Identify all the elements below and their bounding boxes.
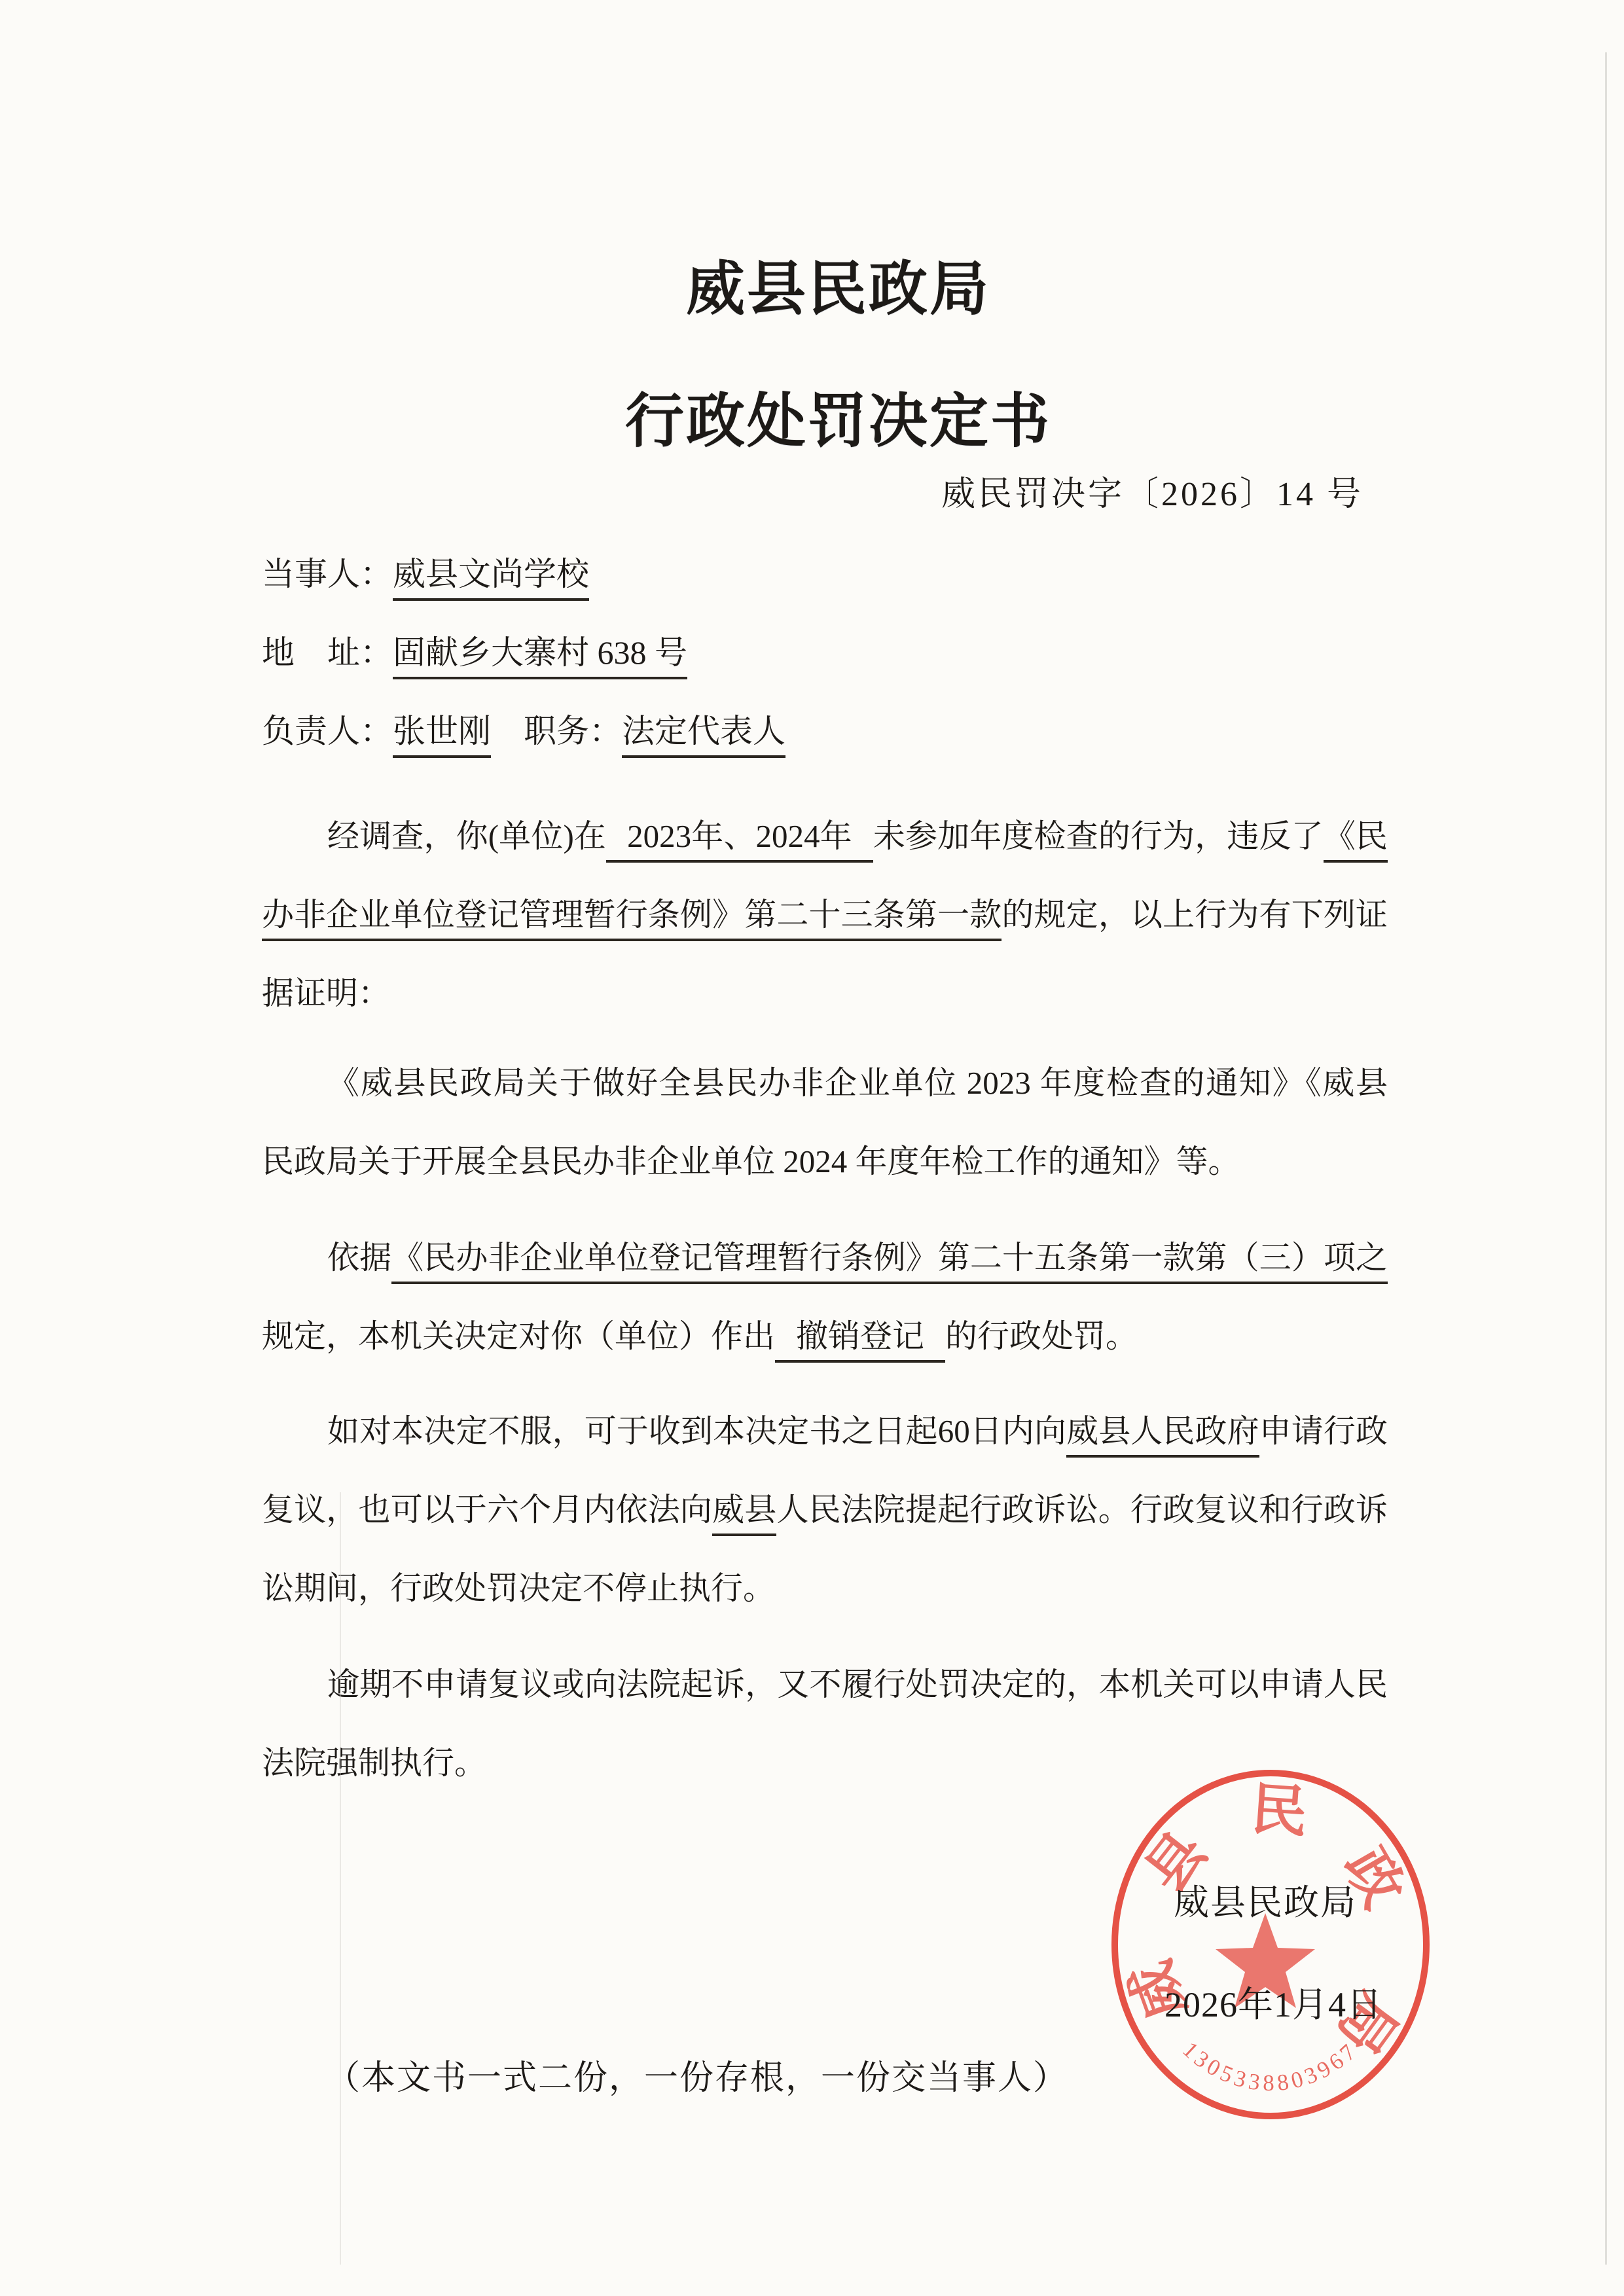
text-run: 规定，本机关决定对你（单位）作出 [262, 1318, 775, 1354]
underlined-field-value: 办非企业单位登记管理暂行条例》第二十三条第一款 [262, 897, 1001, 941]
text-run: 申请行政 [1259, 1413, 1388, 1449]
body-line: 逾期不申请复议或向法院起诉，又不履行处罚决定的，本机关可以申请人民 [262, 1664, 1388, 1712]
body-line: 民政局关于开展全县民办非企业单位 2024 年度年检工作的通知》等。 [262, 1141, 1388, 1189]
underlined-field-value: 威县文尚学校 [393, 556, 589, 601]
seal-ring-char: 民 [1249, 1778, 1309, 1844]
body-line: 讼期间，行政处罚决定不停止执行。 [262, 1568, 1388, 1616]
body-line: 办非企业单位登记管理暂行条例》第二十三条第一款的规定，以上行为有下列证 [262, 894, 1388, 942]
underlined-field-value: 固献乡大寨村 638 号 [393, 634, 687, 679]
scan-artifact-line [340, 1492, 341, 2265]
text-run: 《威县民政局关于做好全县民办非企业单位 2023 年度检查的通知》《威县 [327, 1065, 1388, 1101]
underlined-field-value: 《民 [1324, 818, 1388, 863]
signature-date: 2026年1月4日 [1164, 1977, 1382, 2027]
body-line: 《威县民政局关于做好全县民办非企业单位 2023 年度检查的通知》《威县 [262, 1062, 1388, 1111]
text-run: 讼期间，行政处罚决定不停止执行。 [262, 1570, 775, 1606]
text-run: 地 址： [262, 634, 393, 671]
text-run: 逾期不申请复议或向法院起诉，又不履行处罚决定的，本机关可以申请人民 [327, 1666, 1388, 1702]
text-run: 法院强制执行。 [262, 1745, 486, 1781]
underlined-field-value: 《民办非企业单位登记管理暂行条例》第二十五条第一款第（三）项之 [391, 1240, 1388, 1284]
signature-agency: 威县民政局 [1174, 1874, 1357, 1925]
text-run: 依据 [327, 1240, 391, 1276]
document-number: 威民罚决字〔2026〕14 号 [941, 466, 1363, 515]
text-run: 人民法院提起行政诉讼。行政复议和行政诉 [776, 1492, 1388, 1528]
footer-note: （本文书一式二份，一份存根，一份交当事人） [326, 2050, 1068, 2099]
text-run: 民政局关于开展全县民办非企业单位 2024 年度年检工作的通知》等。 [262, 1143, 1240, 1179]
text-run: 如对本决定不服，可于收到本决定书之日起60日内向 [327, 1413, 1066, 1449]
text-run: 负责人： [262, 713, 393, 749]
body-line: 如对本决定不服，可于收到本决定书之日起60日内向威县人民政府申请行政 [262, 1410, 1388, 1459]
scanned-document-page: 威县民政局 行政处罚决定书 威民罚决字〔2026〕14 号 当事人：威县文尚学校… [0, 0, 1624, 2296]
text-run: 的规定，以上行为有下列证 [1001, 897, 1388, 933]
agency-title: 威县民政局 [26, 241, 1624, 326]
text-run: 当事人： [262, 556, 393, 592]
text-run: 职务： [491, 713, 622, 749]
underlined-field-value: 威县 [712, 1492, 776, 1536]
document-title: 行政处罚决定书 [26, 373, 1624, 458]
body-line: 复议，也可以于六个月内依法向威县人民法院提起行政诉讼。行政复议和行政诉 [262, 1489, 1388, 1537]
underlined-field-value: 张世刚 [393, 713, 491, 758]
party-address-line: 地 址：固献乡大寨村 638 号 [262, 632, 1388, 680]
body-line: 依据《民办非企业单位登记管理暂行条例》第二十五条第一款第（三）项之 [262, 1237, 1388, 1285]
underlined-field-value: 撤销登记 [775, 1318, 945, 1363]
party-name-line: 当事人：威县文尚学校 [262, 553, 1388, 601]
party-head-line: 负责人：张世刚 职务：法定代表人 [262, 710, 1388, 759]
underlined-field-value: 威县人民政府 [1066, 1413, 1259, 1458]
underlined-field-value: 2023年、2024年 [606, 818, 873, 863]
text-run: 据证明： [262, 975, 390, 1011]
text-run: 的行政处罚。 [945, 1318, 1138, 1354]
seal-serial-number: 1305338803967 [1178, 2037, 1363, 2096]
underlined-field-value: 法定代表人 [622, 713, 785, 758]
scan-artifact-line [1605, 52, 1607, 2265]
text-run: 复议，也可以于六个月内依法向 [262, 1492, 712, 1528]
text-run: 经调查，你(单位)在 [327, 818, 606, 854]
body-line: 据证明： [262, 973, 1388, 1021]
body-line: 经调查，你(单位)在2023年、2024年未参加年度检查的行为，违反了《民 [262, 816, 1388, 864]
text-run: 未参加年度检查的行为，违反了 [873, 818, 1324, 854]
agency-seal: 威 县 民 政 局 1305338803967 [1087, 1748, 1454, 2141]
body-line: 规定，本机关决定对你（单位）作出撤销登记的行政处罚。 [262, 1316, 1388, 1364]
